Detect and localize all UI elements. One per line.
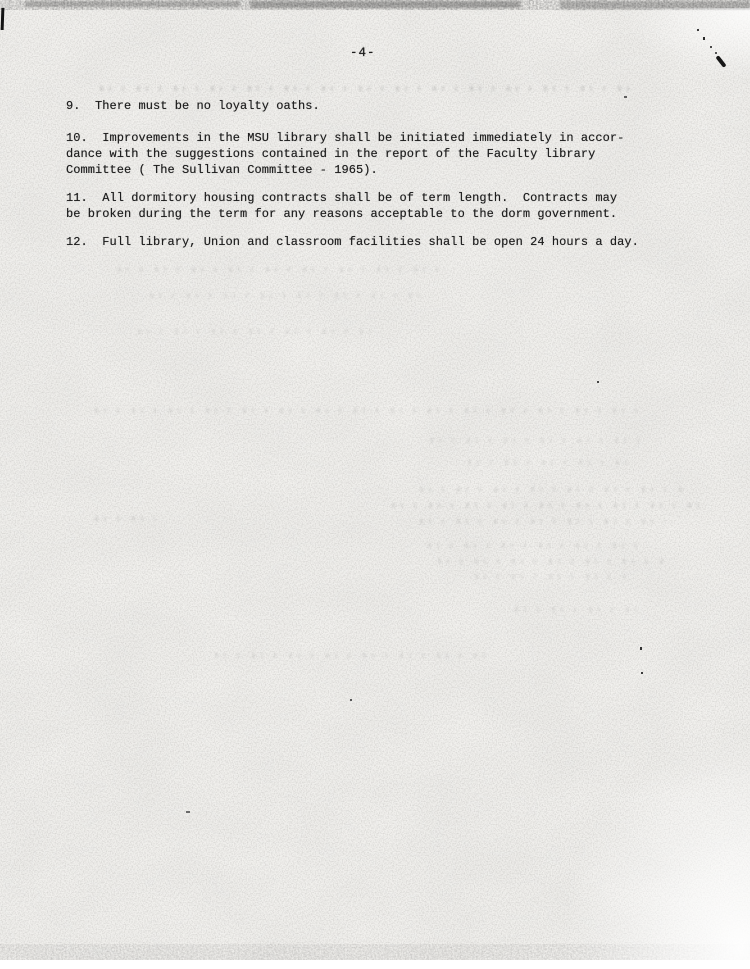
text-line: be broken during the term for any reason…: [66, 206, 726, 222]
list-item-9: 9. There must be no loyalty oaths.: [66, 98, 726, 114]
page-number: -4-: [350, 46, 376, 60]
text-line: dance with the suggestions contained in …: [66, 146, 726, 162]
list-item-12: 12. Full library, Union and classroom fa…: [66, 234, 726, 250]
scanned-document-page: -4- 9. There must be no loyalty oaths. 1…: [0, 0, 750, 969]
text-line: 9. There must be no loyalty oaths.: [66, 98, 726, 114]
list-item-11: 11. All dormitory housing contracts shal…: [66, 190, 726, 222]
text-line: 11. All dormitory housing contracts shal…: [66, 190, 726, 206]
list-item-10: 10. Improvements in the MSU library shal…: [66, 130, 726, 178]
text-line: 12. Full library, Union and classroom fa…: [66, 234, 726, 250]
text-line: 10. Improvements in the MSU library shal…: [66, 130, 726, 146]
text-line: Committee ( The Sullivan Committee - 196…: [66, 162, 726, 178]
